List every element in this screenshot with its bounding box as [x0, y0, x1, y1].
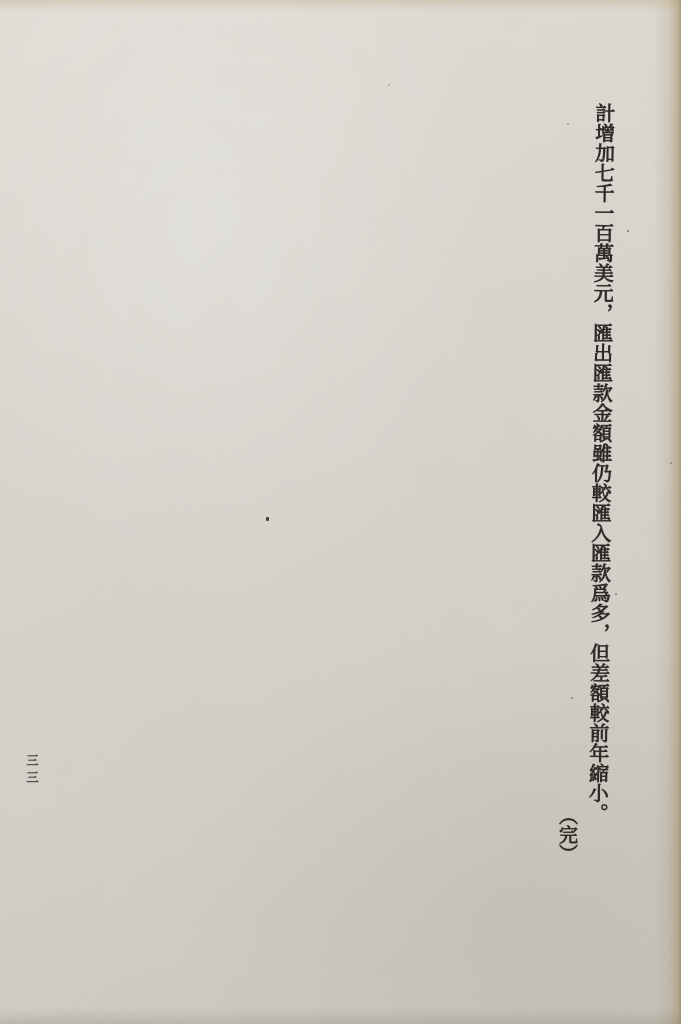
paper-sheen — [0, 0, 681, 1024]
page-bottom-edge-shading — [0, 1008, 681, 1024]
paper-speck — [670, 462, 672, 464]
paper-speck — [567, 123, 569, 125]
paper-speck — [615, 593, 617, 595]
page-top-edge-shading — [0, 0, 681, 12]
paper-speck — [388, 84, 390, 86]
paper-speck — [266, 517, 269, 521]
body-vertical-text: 計增加七千一百萬美元，匯出匯款金額雖仍較匯入匯款爲多，但差額較前年縮小。 — [585, 103, 614, 823]
page-number: 三三 — [25, 754, 38, 788]
scanned-page: 計增加七千一百萬美元，匯出匯款金額雖仍較匯入匯款爲多，但差額較前年縮小。 （完）… — [0, 0, 681, 1024]
page-right-edge-shading — [653, 0, 681, 1024]
paper-grain-texture — [0, 0, 681, 1024]
paper-speck — [571, 697, 573, 699]
paper-speck — [627, 230, 629, 232]
end-mark: （完） — [555, 806, 577, 863]
